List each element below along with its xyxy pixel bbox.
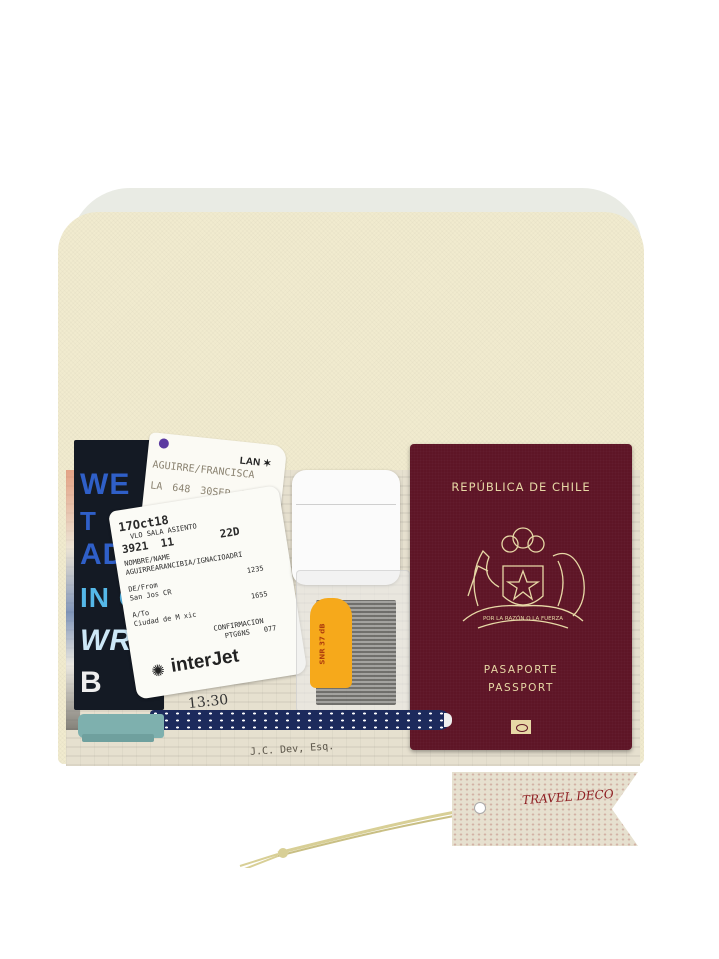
ij-flight-number: 3921 (121, 539, 149, 556)
tag-hole (474, 802, 486, 814)
interjet-boarding-pass: 17Oct18 VLO SALA ASIENTO 3921 11 22D NOM… (108, 485, 308, 700)
passport-title-es: PASAPORTE (410, 664, 632, 676)
interjet-logo: interJet (169, 645, 240, 677)
pen-clip (82, 734, 154, 742)
ij-arrival-time: 1655 (250, 590, 268, 601)
lan-flight-number: LA 648 (150, 480, 191, 495)
coat-of-arms-icon: POR LA RAZÓN O LA FUERZA (448, 516, 598, 646)
polka-dot-pen (150, 710, 450, 730)
ij-sala: 11 (160, 535, 175, 550)
notebook-word: T (80, 506, 97, 537)
chile-passport: REPÚBLICA DE CHILE POR LA RAZÓN O LA FUE… (410, 444, 632, 750)
ij-confirmation-extra: 077 (263, 624, 277, 634)
notebook-word: WR (80, 624, 132, 658)
passport-title-en: PASSPORT (410, 682, 632, 694)
ij-departure-time: 1235 (246, 564, 264, 575)
interjet-sparkle-icon: ✺ (150, 660, 166, 681)
biometric-chip-center (516, 724, 528, 732)
airpods-lid-seam (296, 504, 396, 505)
tag-cord (238, 808, 478, 868)
sticker-dot-icon (158, 438, 169, 449)
earplug (310, 598, 352, 688)
notebook-word: B (80, 666, 103, 700)
ij-seat: 22D (219, 525, 241, 541)
passport-country: REPÚBLICA DE CHILE (410, 480, 632, 494)
notebook-word: WE (80, 468, 130, 502)
lan-logo: LAN ✶ (239, 456, 272, 470)
passport-motto: POR LA RAZÓN O LA FUERZA (483, 615, 563, 622)
earplug-label: SNR 37 dB (319, 623, 327, 664)
airpods-case (292, 470, 400, 585)
